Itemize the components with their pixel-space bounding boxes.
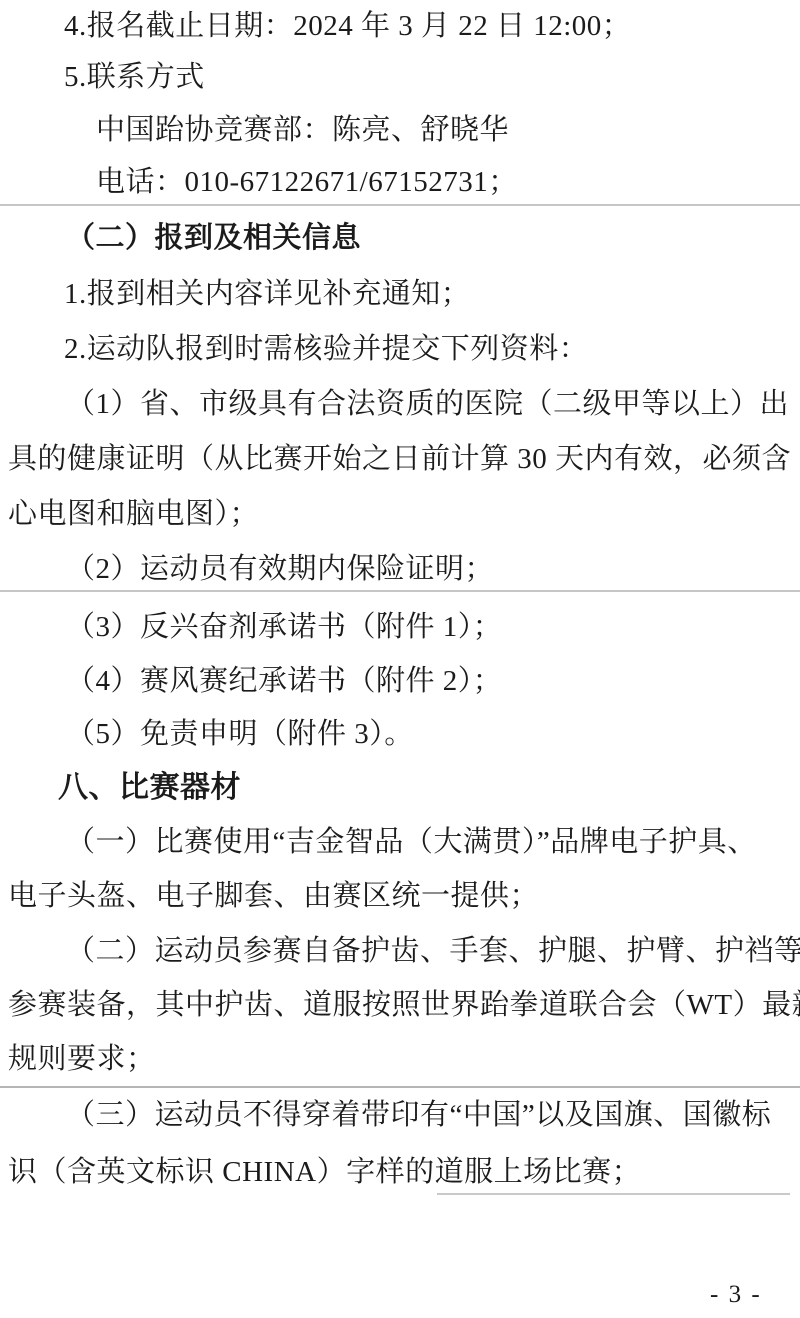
registration-deadline-line: 4.报名截止日期：2024 年 3 月 22 日 12:00； — [64, 11, 631, 42]
horizontal-separator-short — [437, 1193, 790, 1195]
contact-phone-line: 电话：010-67122671/67152731； — [96, 167, 518, 198]
contact-department-line: 中国跆协竞赛部：陈亮、舒晓华 — [96, 115, 509, 146]
horizontal-separator — [0, 1086, 800, 1088]
equipment-item-2-line-2: 参赛装备，其中护齿、道服按照世界跆拳道联合会（WT）最新 — [8, 990, 800, 1021]
checkin-section-heading: （二）报到及相关信息 — [66, 223, 361, 254]
equipment-item-2-line-1: （二）运动员参赛自备护齿、手套、护腿、护臂、护裆等 — [66, 936, 800, 967]
document-page: 4.报名截止日期：2024 年 3 月 22 日 12:00； 5.联系方式 中… — [0, 0, 800, 1318]
equipment-item-3-line-1: （三）运动员不得穿着带印有“中国”以及国旗、国徽标 — [66, 1100, 771, 1131]
checkin-sub-1-line-1: （1）省、市级具有合法资质的医院（二级甲等以上）出 — [66, 389, 789, 420]
equipment-section-heading: 八、比赛器材 — [58, 772, 241, 803]
equipment-item-3-line-2: 识（含英文标识 CHINA）字样的道服上场比赛； — [8, 1157, 641, 1188]
horizontal-separator — [0, 204, 800, 206]
checkin-sub-1-line-2: 具的健康证明（从比赛开始之日前计算 30 天内有效，必须含 — [8, 444, 791, 475]
checkin-sub-2: （2）运动员有效期内保险证明； — [66, 554, 494, 585]
checkin-item-1: 1.报到相关内容详见补充通知； — [64, 279, 470, 310]
equipment-item-1-line-2: 电子头盔、电子脚套、由赛区统一提供； — [8, 881, 539, 912]
checkin-sub-1-line-3: 心电图和脑电图）； — [8, 499, 259, 530]
checkin-sub-4: （4）赛风赛纪承诺书（附件 2）； — [66, 666, 502, 697]
horizontal-separator — [0, 590, 800, 592]
page-number: - 3 - — [710, 1281, 762, 1308]
contact-method-label: 5.联系方式 — [64, 62, 205, 93]
checkin-sub-5: （5）免责申明（附件 3）。 — [66, 719, 414, 750]
equipment-item-2-line-3: 规则要求； — [8, 1044, 156, 1075]
checkin-item-2: 2.运动队报到时需核验并提交下列资料： — [64, 334, 588, 365]
equipment-item-1-line-1: （一）比赛使用“吉金智品（大满贯）”品牌电子护具、 — [66, 827, 757, 858]
checkin-sub-3: （3）反兴奋剂承诺书（附件 1）； — [66, 612, 502, 643]
